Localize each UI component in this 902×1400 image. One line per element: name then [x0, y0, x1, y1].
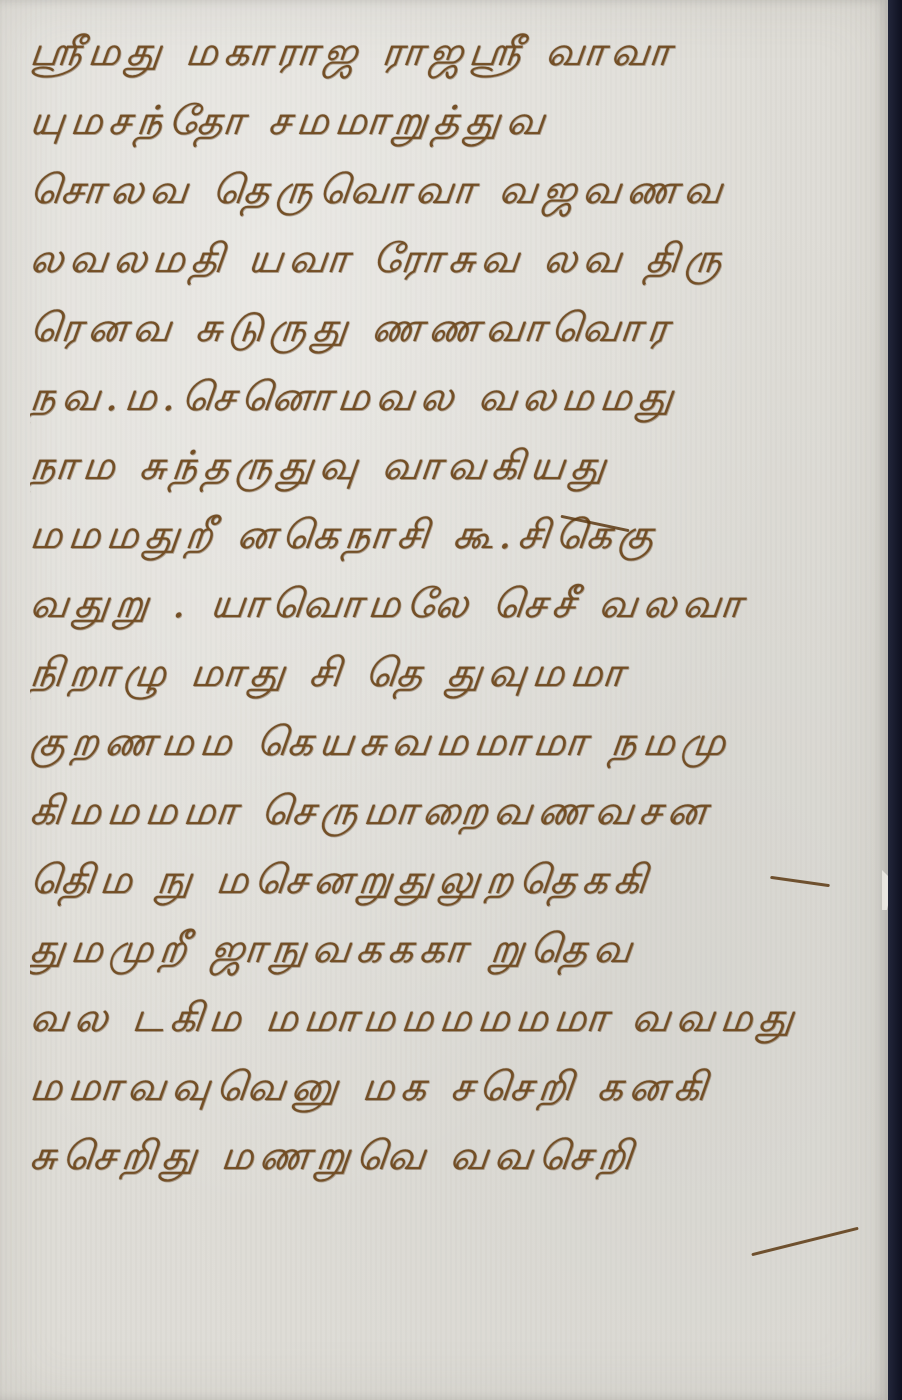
- manuscript-line-8: மமமதுறீ னகெநாசி கூ.சிகெகு: [30, 503, 870, 572]
- manuscript-line-1: ஸ்ரீமது மகாராஜ ராஜஸ்ரீ வாவா: [30, 20, 870, 89]
- manuscript-line-10: நிறாழு மாது சி தெ துவுமமா: [30, 641, 870, 710]
- manuscript-line-6: நவ.ம.செனொமவல வலமமது: [30, 365, 870, 434]
- manuscript-line-14: துமமுறீ ஜாநுவகககா றுதெவ: [30, 917, 870, 986]
- manuscript-page: ஸ்ரீமது மகாராஜ ராஜஸ்ரீ வாவா யுமசந்தோ சமம…: [0, 0, 888, 1400]
- manuscript-line-19: [30, 1262, 870, 1331]
- manuscript-text-block: ஸ்ரீமது மகாராஜ ராஜஸ்ரீ வாவா யுமசந்தோ சமம…: [30, 20, 870, 1331]
- manuscript-line-13: தெிம நு மசெனறுதுலுறதெககி: [30, 848, 870, 917]
- manuscript-line-12: கிமமமமா செருமாறைவணவசன: [30, 779, 870, 848]
- manuscript-line-15: வல டகிம மமாமமமமமமா வவமது: [30, 986, 870, 1055]
- manuscript-line-9: வதுறு . யாவொமலே செசீ வலவா: [30, 572, 870, 641]
- manuscript-line-7: நாம சுந்தருதுவு வாவகியது: [30, 434, 870, 503]
- manuscript-line-3: சொலவ தெருவொவா வஜவணவ: [30, 158, 870, 227]
- manuscript-line-17: சுசெறிது மணறுவெ வவசெறி: [30, 1124, 870, 1193]
- manuscript-line-18: [30, 1193, 870, 1262]
- manuscript-line-4: லவலமதி யவா ரோசுவ லவ திரு: [30, 227, 870, 296]
- manuscript-line-5: ரெனவ சுடுருது ணணவாவொர: [30, 296, 870, 365]
- manuscript-line-11: குறணமம கெயசுவமமாமா நமமு: [30, 710, 870, 779]
- dark-backing-strip: [888, 0, 902, 1400]
- manuscript-line-16: மமாவவுவெனு மக சசெறி கனகி: [30, 1055, 870, 1124]
- manuscript-line-2: யுமசந்தோ சமமாறுத்துவ: [30, 89, 870, 158]
